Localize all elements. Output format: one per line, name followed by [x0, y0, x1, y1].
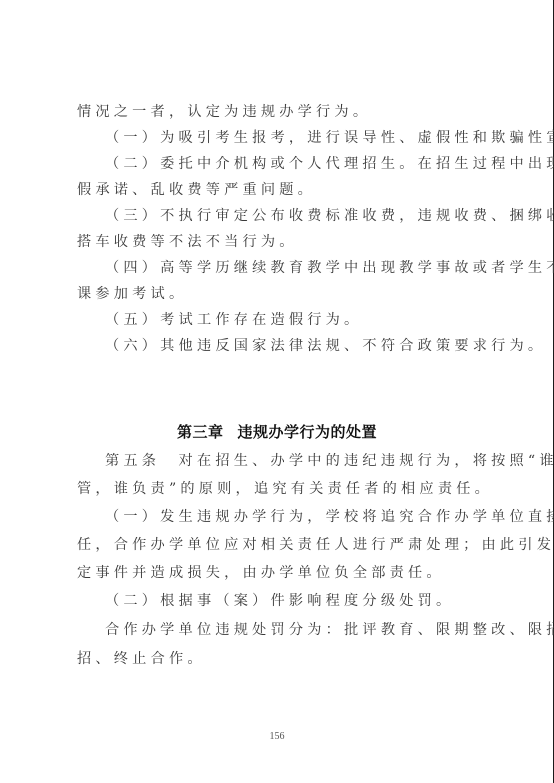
- list-item-4: （四）高等学历继续教育教学中出现教学事故或者学生不上: [105, 259, 487, 277]
- document-page: 情况之一者，认定为违规办学行为。 （一）为吸引考生报考，进行误导性、虚假性和欺骗…: [0, 0, 554, 783]
- list-item-6: （六）其他违反国家法律法规、不符合政策要求行为。: [105, 337, 487, 355]
- article-five-item-2: （二）根据事（案）件影响程度分级处罚。: [105, 592, 487, 610]
- paragraph-line: 情况之一者，认定为违规办学行为。: [77, 103, 487, 121]
- list-item-4-continuation: 课参加考试。: [77, 285, 487, 303]
- list-item-1: （一）为吸引考生报考，进行误导性、虚假性和欺骗性宣传。: [105, 129, 487, 147]
- list-item-2-continuation: 假承诺、乱收费等严重问题。: [77, 181, 487, 199]
- article-five-item-1-continuation-a: 任，合作办学单位应对相关责任人进行严肃处理；由此引发不稳: [77, 536, 487, 554]
- penalty-paragraph: 合作办学单位违规处罚分为：批评教育、限期整改、限招停: [105, 621, 487, 639]
- article-five: 第五条 对在招生、办学中的违纪违规行为，将按照“谁主: [105, 452, 487, 470]
- penalty-paragraph-continuation: 招、终止合作。: [77, 650, 487, 668]
- list-item-3-continuation: 搭车收费等不法不当行为。: [77, 233, 487, 251]
- chapter-number: 第三章: [177, 423, 224, 441]
- list-item-2: （二）委托中介机构或个人代理招生。在招生过程中出现虚: [105, 155, 487, 173]
- page-number: 156: [0, 731, 554, 742]
- chapter-title: 违规办学行为的处置: [238, 423, 378, 441]
- article-five-item-1: （一）发生违规办学行为，学校将追究合作办学单位直接责: [105, 508, 487, 526]
- chapter-heading: 第三章违规办学行为的处置: [0, 423, 554, 441]
- list-item-3: （三）不执行审定公布收费标准收费，违规收费、捆绑收费、: [105, 207, 487, 225]
- list-item-5: （五）考试工作存在造假行为。: [105, 311, 487, 329]
- article-five-item-1-continuation-b: 定事件并造成损失，由办学单位负全部责任。: [77, 564, 487, 582]
- article-five-continuation: 管，谁负责”的原则，追究有关责任者的相应责任。: [77, 480, 487, 498]
